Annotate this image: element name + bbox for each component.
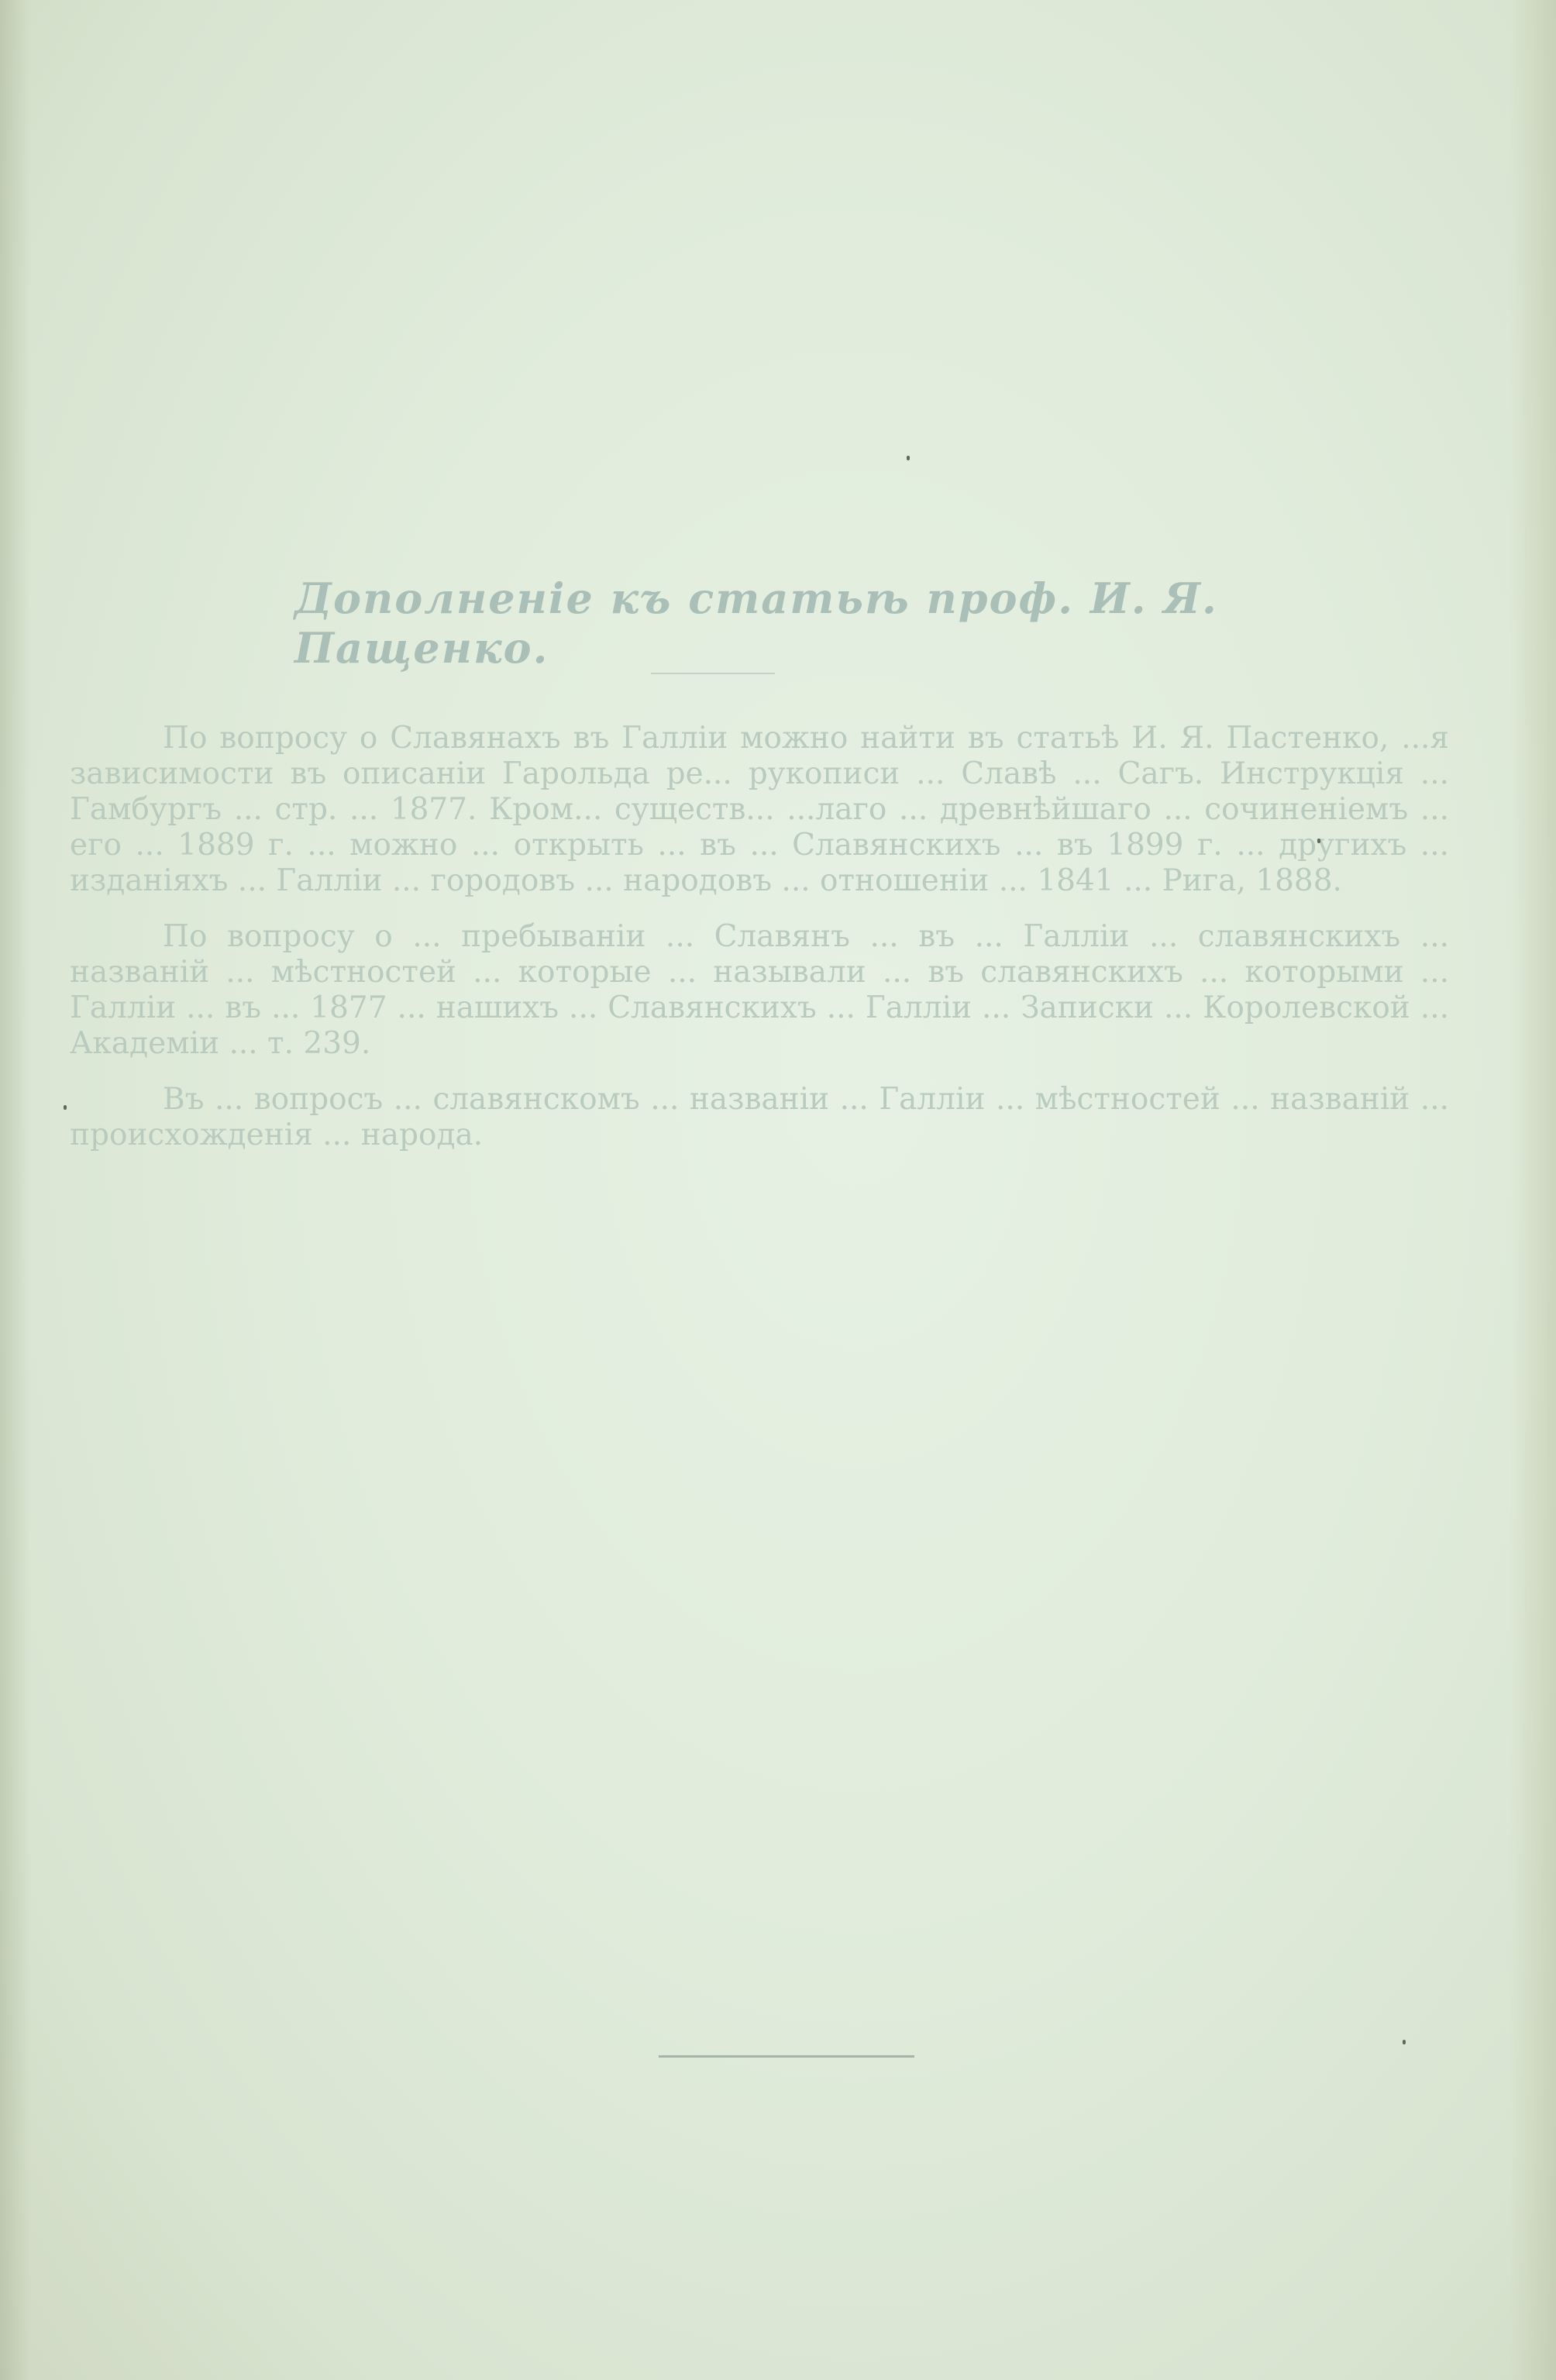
- document-body: По вопросу о Славянахъ въ Галлiи можно н…: [70, 721, 1449, 1173]
- paragraph: Въ ... вопросъ ... славянскомъ ... назва…: [70, 1082, 1449, 1153]
- page-edge-shadow-right: [1510, 0, 1556, 2380]
- scan-speck: [1403, 2040, 1406, 2044]
- scan-speck: [1317, 839, 1320, 843]
- scan-speck: [907, 456, 910, 460]
- paragraph: По вопросу о ... пребыванiи ... Славянъ …: [70, 919, 1449, 1062]
- page-edge-shadow-left: [0, 0, 31, 2380]
- scan-speck: [64, 1105, 67, 1110]
- title-divider: [651, 673, 775, 674]
- scanned-page: Дополненіе къ статьѣ проф. И. Я. Пащенко…: [0, 0, 1556, 2380]
- paragraph: По вопросу о Славянахъ въ Галлiи можно н…: [70, 721, 1449, 899]
- page-title: Дополненіе къ статьѣ проф. И. Я. Пащенко…: [294, 573, 1379, 673]
- closing-divider: [659, 2055, 914, 2058]
